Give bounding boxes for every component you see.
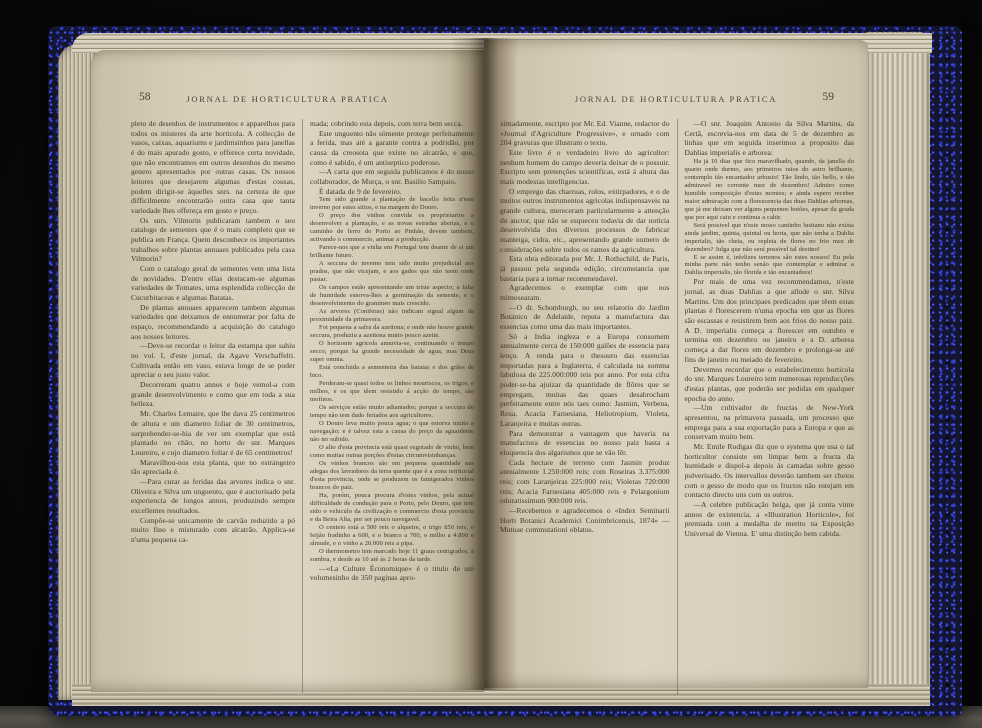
paragraph: Ha já 10 dias que fico maravilhado, quan…	[685, 158, 855, 222]
paragraph: —Recebemos e agradecemos o «Index Semina…	[500, 506, 670, 535]
paragraph: Parece-nos que a vinha em Portugal tem d…	[310, 244, 474, 260]
paragraph: —Um cultivador de fructas de New-York ap…	[685, 403, 855, 442]
paragraph: O thermometro tem marcado hoje 11 graus …	[310, 548, 474, 564]
paragraph: O emprego das charruas, rolos, extirpado…	[500, 187, 670, 255]
paragraph: mada; cobrindo esta depois, com terra be…	[310, 119, 474, 129]
paragraph: De plantas annuaes apparecem tambem algu…	[131, 303, 295, 342]
page-number-58: 58	[139, 91, 151, 103]
paragraph: —«La Culture Économique» é o titulo de u…	[310, 564, 474, 583]
running-header-right: JORNAL DE HORTICULTURA PRATICA	[484, 94, 868, 104]
paragraph: Por mais de uma vez recommendamos, n'est…	[685, 277, 855, 364]
page-58-header: 58 JORNAL DE HORTICULTURA PRATICA	[91, 94, 484, 110]
paragraph: Só a India ingleza e a Europa consomem a…	[500, 332, 670, 429]
paragraph: Perderam-se quasi todos os linhos mouris…	[310, 380, 474, 404]
paragraph: —Para curar as feridas das arvores indic…	[131, 477, 295, 516]
paragraph: O preço dos vinhos convida os proprietar…	[310, 212, 474, 244]
paragraph: Com o catalogo geral de sementes vem uma…	[131, 264, 295, 303]
page-58-columns: pleto de desenhos de instrumentos e appa…	[91, 119, 484, 693]
paragraph: Decorreram quatro annos e hoje vemol-a c…	[131, 380, 295, 409]
page-59-column-1: ximadamente, escripto por Mr. Ed. Vianne…	[500, 119, 678, 695]
paragraph: O alto d'esta provincia está quasi esgot…	[310, 444, 474, 460]
paragraph: Está concluida a sementeira das batatas …	[310, 364, 474, 380]
paragraph: Os campos estão apresentando um triste a…	[310, 284, 474, 308]
page-58-column-1: pleto de desenhos de instrumentos e appa…	[131, 119, 303, 693]
paragraph: —O dr. Schomburgh, no seu relatorio do J…	[500, 303, 670, 332]
paragraph: Compõe-se unicamente de carvão reduzido …	[131, 516, 295, 545]
paragraph: pleto de desenhos de instrumentos e appa…	[131, 119, 295, 216]
paragraph: —O snr. Joaquim Antonio da Silva Martins…	[685, 119, 855, 158]
page-59-columns: ximadamente, escripto por Mr. Ed. Vianne…	[484, 119, 868, 695]
paragraph: Tem sido grande a plantação de bacello f…	[310, 196, 474, 212]
paragraph: E se assim é, infelizes terrenos são est…	[685, 254, 855, 278]
paragraph: —Deve-se recordar o leitor da estampa qu…	[131, 341, 295, 380]
paragraph: Mr. Charles Lemaire, que lhe dava 25 cen…	[131, 409, 295, 457]
page-59-header: JORNAL DE HORTICULTURA PRATICA 59	[484, 94, 868, 110]
paragraph: —A carta que em seguida publicamos é do …	[310, 167, 474, 186]
paragraph: É datada de 9 de fevereiro.	[310, 187, 474, 197]
paragraph: Será possivel que n'este nosso cantinho …	[685, 222, 855, 254]
paragraph: Foi pequena a safra da azeitona; e onde …	[310, 324, 474, 340]
paragraph: A seccura do inverno tem sido muito prej…	[310, 260, 474, 284]
page-58-column-2: mada; cobrindo esta depois, com terra be…	[303, 119, 474, 693]
paragraph: Agradecemos o exemplar com que nos mimos…	[500, 283, 670, 302]
paragraph: Ha, porém, pouca procura d'estes vinhos,…	[310, 492, 474, 524]
paragraph: ximadamente, escripto por Mr. Ed. Vianne…	[500, 119, 670, 148]
page-59: JORNAL DE HORTICULTURA PRATICA 59 ximada…	[484, 40, 868, 688]
paragraph: O horizonte agricola annuvia-se, continu…	[310, 340, 474, 364]
paragraph: Maravilhou-nos esta planta, que no estra…	[131, 458, 295, 477]
paragraph: Cada hectare de terreno com Jasmin produ…	[500, 458, 670, 506]
paragraph: Este unguento não sómente protege perfei…	[310, 129, 474, 168]
paragraph: Os snrs. Vilmorin publicaram tambem o se…	[131, 216, 295, 264]
page-edges-right	[866, 32, 930, 700]
paragraph: —A celebre publicação belga, que já cont…	[685, 500, 855, 539]
paragraph: Esta obra editorada por Mr. J. Rothschil…	[500, 254, 670, 283]
page-number-59: 59	[823, 91, 835, 103]
page-58: 58 JORNAL DE HORTICULTURA PRATICA pleto …	[91, 50, 484, 692]
paragraph: Para demonstrar a vantagem que haveria n…	[500, 429, 670, 458]
paragraph: Devemos recordar que o estabelecimento h…	[685, 365, 855, 404]
page-59-column-2: —O snr. Joaquim Antonio da Silva Martins…	[678, 119, 855, 695]
paragraph: O centeio está a 500 reis o alqueire, o …	[310, 524, 474, 548]
paragraph: Os vinhos brancos são em pequena quantid…	[310, 460, 474, 492]
paragraph: As arvores (Coniferas) não indicam signa…	[310, 308, 474, 324]
paragraph: Este livro é o verdadeiro livro do agric…	[500, 148, 670, 187]
paragraph: O Douro leva muito pouca agua; o que est…	[310, 420, 474, 444]
paragraph: Os serviços estão muito adiantados; porq…	[310, 404, 474, 420]
paragraph: Mr. Emile Rodigas diz que o systema que …	[685, 442, 855, 500]
